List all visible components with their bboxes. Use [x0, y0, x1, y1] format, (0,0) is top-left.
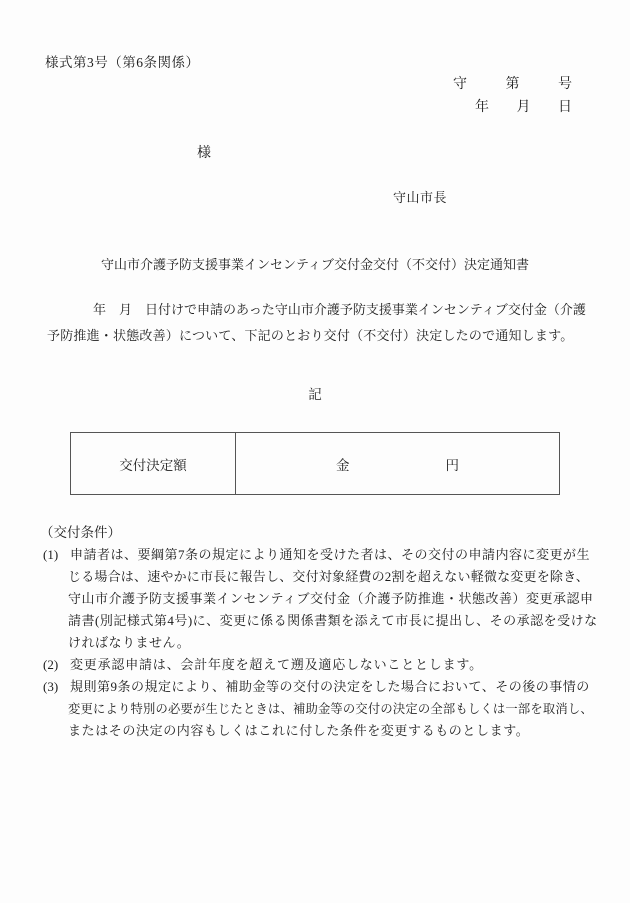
record-marker: 記 — [0, 384, 630, 406]
table-cell-amount-value: 金 円 — [236, 433, 559, 494]
condition-1-line-5: ければなりません。 — [68, 632, 190, 654]
body-paragraph-line-2: 予防推進・状態改善）について、下記のとおり交付（不交付）決定したので通知します。 — [47, 325, 573, 347]
doc-number-dai: 第 — [506, 74, 520, 96]
table-cell-grant-decision-amount: 交付決定額 — [71, 433, 236, 494]
document-title: 守山市介護予防支援事業インセンティブ交付金交付（不交付）決定通知書 — [0, 254, 630, 276]
form-number-label: 様式第3号（第6条関係） — [45, 52, 200, 74]
date-month-label: 月 — [517, 97, 531, 119]
date-year-label: 年 — [475, 97, 489, 119]
condition-1-line-2: じる場合は、速やかに市長に報告し、交付対象経費の2割を超えない軽微な変更を除き、 — [68, 566, 589, 588]
notification-document-page: 様式第3号（第6条関係） 守 第 号 年 月 日 様 守山市長 守山市介護予防支… — [0, 0, 630, 903]
date-line: 年 月 日 — [475, 97, 572, 119]
doc-number-go: 号 — [558, 74, 572, 96]
condition-1-marker: (1) — [43, 544, 58, 566]
date-day-label: 日 — [558, 97, 572, 119]
sender-mayor: 守山市長 — [393, 187, 447, 209]
amount-suffix-yen: 円 — [446, 454, 460, 474]
condition-2-line-1: 変更承認申請は、会計年度を超えて遡及適応しないこととします。 — [70, 654, 483, 676]
condition-3-marker: (3) — [43, 676, 58, 698]
condition-3-line-2: 変更により特別の必要が生じたときは、補助金等の交付の決定の全部もしくは一部を取消… — [68, 698, 593, 720]
amount-prefix-kin: 金 — [336, 454, 350, 474]
doc-number-agency: 守 — [453, 74, 467, 96]
condition-1-line-3: 守山市介護予防支援事業インセンティブ交付金（介護予防推進・状態改善）変更承認申 — [68, 588, 593, 610]
addressee-honorific: 様 — [197, 143, 212, 165]
document-number-line: 守 第 号 — [453, 74, 572, 96]
condition-1-line-4: 請書(別記様式第4号)に、変更に係る関係書類を添えて市長に提出し、その承認を受け… — [68, 610, 598, 632]
grant-amount-table: 交付決定額 金 円 — [70, 432, 560, 495]
conditions-heading: （交付条件） — [40, 522, 121, 544]
condition-3-line-3: またはその決定の内容もしくはこれに付した条件を変更するものとします。 — [68, 720, 529, 742]
condition-2-marker: (2) — [43, 654, 58, 676]
condition-1-line-1: 申請者は、要綱第7条の規定により通知を受けた者は、その交付の申請内容に変更が生 — [70, 544, 590, 566]
body-paragraph-line-1: 年 月 日付けで申請のあった守山市介護予防支援事業インセンティブ交付金（介護 — [93, 299, 586, 321]
condition-3-line-1: 規則第9条の規定により、補助金等の交付の決定をした場合において、その後の事情の — [70, 676, 590, 698]
